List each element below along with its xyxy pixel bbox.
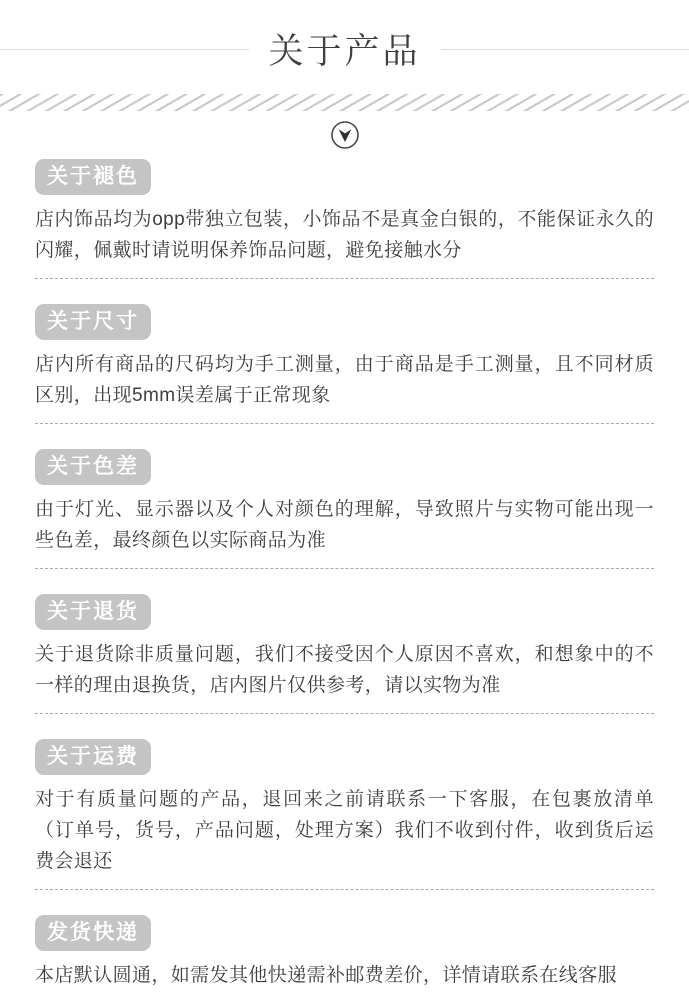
section-text: 由于灯光、显示器以及个人对颜色的理解，导致照片与实物可能出现一些色差，最终颜色以… (35, 494, 654, 556)
info-sections: 关于褪色 店内饰品均为opp带独立包装，小饰品不是真金白银的，不能保证永久的闪耀… (0, 150, 689, 1000)
dashed-divider (35, 889, 654, 890)
scroll-hint (0, 120, 689, 150)
section-badge: 发货快递 (35, 915, 151, 951)
section-badge: 关于尺寸 (35, 304, 151, 340)
header-left-rule (0, 49, 249, 50)
dashed-divider (35, 278, 654, 279)
dashed-divider (35, 423, 654, 424)
section-badge: 关于色差 (35, 449, 151, 485)
chevron-down-circle-icon (330, 120, 360, 150)
info-section: 关于退货 关于退货除非质量问题，我们不接受因个人原因不喜欢，和想象中的不一样的理… (35, 594, 654, 714)
info-section: 发货快递 本店默认圆通，如需发其他快递需补邮费差价，详情请联系在线客服 (35, 915, 654, 1000)
page-header: 关于产品 (0, 24, 689, 74)
page-title: 关于产品 (269, 24, 421, 74)
dashed-divider (35, 568, 654, 569)
info-section: 关于色差 由于灯光、显示器以及个人对颜色的理解，导致照片与实物可能出现一些色差，… (35, 449, 654, 569)
info-section: 关于运费 对于有质量问题的产品，退回来之前请联系一下客服，在包裹放清单（订单号，… (35, 739, 654, 890)
about-product-page: 关于产品 关于褪色 店内饰品均为opp带独立包装，小饰品不是真金白银的，不能保证… (0, 0, 689, 1000)
section-badge: 关于退货 (35, 594, 151, 630)
section-text: 关于退货除非质量问题，我们不接受因个人原因不喜欢，和想象中的不一样的理由退换货，… (35, 639, 654, 701)
section-badge-label: 关于褪色 (47, 165, 139, 188)
section-badge: 关于褪色 (35, 159, 151, 195)
info-section: 关于尺寸 店内所有商品的尺码均为手工测量，由于商品是手工测量，且不同材质区别，出… (35, 304, 654, 424)
section-badge-label: 关于运费 (47, 745, 139, 768)
info-section: 关于褪色 店内饰品均为opp带独立包装，小饰品不是真金白银的，不能保证永久的闪耀… (35, 159, 654, 279)
section-text: 对于有质量问题的产品，退回来之前请联系一下客服，在包裹放清单（订单号，货号，产品… (35, 784, 654, 877)
dashed-divider (35, 713, 654, 714)
section-text: 本店默认圆通，如需发其他快递需补邮费差价，详情请联系在线客服 (35, 960, 654, 991)
header-right-rule (441, 49, 689, 50)
section-badge: 关于运费 (35, 739, 151, 775)
section-badge-label: 关于色差 (47, 455, 139, 478)
section-badge-label: 关于尺寸 (47, 310, 139, 333)
section-badge-label: 关于退货 (47, 600, 139, 623)
section-text: 店内饰品均为opp带独立包装，小饰品不是真金白银的，不能保证永久的闪耀，佩戴时请… (35, 204, 654, 266)
section-badge-label: 发货快递 (47, 921, 139, 944)
diagonal-stripe-band (0, 94, 689, 111)
section-text: 店内所有商品的尺码均为手工测量，由于商品是手工测量，且不同材质区别，出现5mm误… (35, 349, 654, 411)
